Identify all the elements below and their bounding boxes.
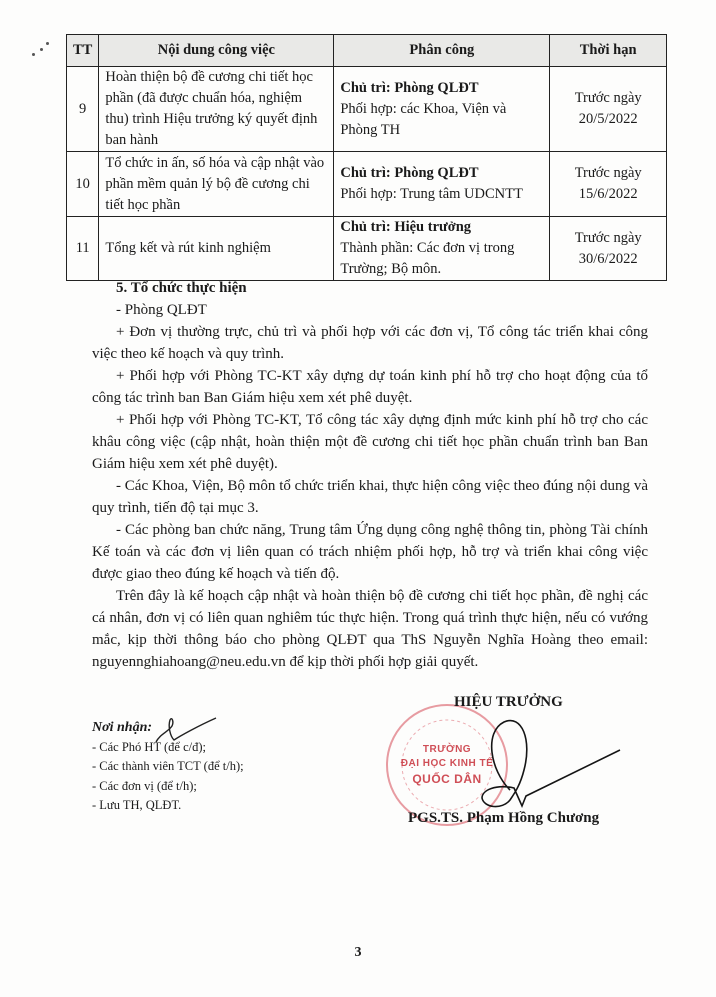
table-header-row: TT Nội dung công việc Phân công Thời hạn	[67, 35, 667, 67]
header-deadline: Thời hạn	[550, 35, 667, 67]
assignment-lead: Chủ trì: Phòng QLĐT	[340, 163, 543, 184]
row-content: Hoàn thiện bộ đề cương chi tiết học phần…	[99, 67, 334, 152]
assignment-members: Thành phần: Các đơn vị trong Trường; Bộ …	[340, 238, 543, 280]
section-heading: 5. Tổ chức thực hiện	[92, 277, 648, 299]
paragraph: - Các Khoa, Viện, Bộ môn tổ chức triển k…	[92, 475, 648, 519]
table-row: 10 Tổ chức in ấn, số hóa và cập nhật vào…	[67, 152, 667, 217]
paragraph: + Đơn vị thường trực, chủ trì và phối hợ…	[92, 321, 648, 365]
assignment-coordination: Phối hợp: các Khoa, Viện và Phòng TH	[340, 99, 543, 141]
deadline-label: Trước ngày	[556, 163, 660, 184]
recipient-item: - Các thành viên TCT (để t/h);	[92, 757, 244, 777]
row-content: Tổ chức in ấn, số hóa và cập nhật vào ph…	[99, 152, 334, 217]
paragraph-qldt: - Phòng QLĐT	[92, 299, 648, 321]
paragraph: + Phối hợp với Phòng TC-KT xây dựng dự t…	[92, 365, 648, 409]
signer-name: PGS.TS. Phạm Hồng Chương	[408, 810, 599, 827]
table-row: 9 Hoàn thiện bộ đề cương chi tiết học ph…	[67, 67, 667, 152]
row-deadline: Trước ngày 30/6/2022	[550, 217, 667, 281]
document-page: TT Nội dung công việc Phân công Thời hạn…	[0, 0, 716, 997]
paragraph: - Các phòng ban chức năng, Trung tâm Ứng…	[92, 519, 648, 585]
deadline-date: 30/6/2022	[556, 249, 660, 270]
section-5-implementation: 5. Tổ chức thực hiện - Phòng QLĐT + Đơn …	[92, 277, 648, 673]
work-plan-table: TT Nội dung công việc Phân công Thời hạn…	[66, 34, 667, 281]
table-row: 11 Tổng kết và rút kinh nghiệm Chủ trì: …	[67, 217, 667, 281]
row-content: Tổng kết và rút kinh nghiệm	[99, 217, 334, 281]
row-assignment: Chủ trì: Phòng QLĐT Phối hợp: Trung tâm …	[334, 152, 550, 217]
closing-paragraph: Trên đây là kế hoạch cập nhật và hoàn th…	[92, 585, 648, 673]
row-deadline: Trước ngày 20/5/2022	[550, 67, 667, 152]
recipient-item: - Lưu TH, QLĐT.	[92, 796, 244, 816]
deadline-label: Trước ngày	[556, 228, 660, 249]
scan-artifact-dots	[30, 42, 50, 56]
row-assignment: Chủ trì: Phòng QLĐT Phối hợp: các Khoa, …	[334, 67, 550, 152]
page-number: 3	[0, 945, 716, 961]
recipient-item: - Các đơn vị (để t/h);	[92, 777, 244, 797]
row-number: 11	[67, 217, 99, 281]
assignment-coordination: Phối hợp: Trung tâm UDCNTT	[340, 184, 543, 205]
row-deadline: Trước ngày 15/6/2022	[550, 152, 667, 217]
assignment-lead: Chủ trì: Hiệu trưởng	[340, 217, 543, 238]
header-content: Nội dung công việc	[99, 35, 334, 67]
row-number: 10	[67, 152, 99, 217]
header-tt: TT	[67, 35, 99, 67]
assignment-lead: Chủ trì: Phòng QLĐT	[340, 78, 543, 99]
handwritten-signature-icon	[470, 710, 630, 820]
initials-mark-icon	[150, 712, 220, 752]
signer-title: HIỆU TRƯỞNG	[454, 694, 563, 711]
deadline-date: 20/5/2022	[556, 109, 660, 130]
row-number: 9	[67, 67, 99, 152]
row-assignment: Chủ trì: Hiệu trưởng Thành phần: Các đơn…	[334, 217, 550, 281]
deadline-date: 15/6/2022	[556, 184, 660, 205]
paragraph: + Phối hợp với Phòng TC-KT, Tổ công tác …	[92, 409, 648, 475]
header-assignment: Phân công	[334, 35, 550, 67]
deadline-label: Trước ngày	[556, 88, 660, 109]
